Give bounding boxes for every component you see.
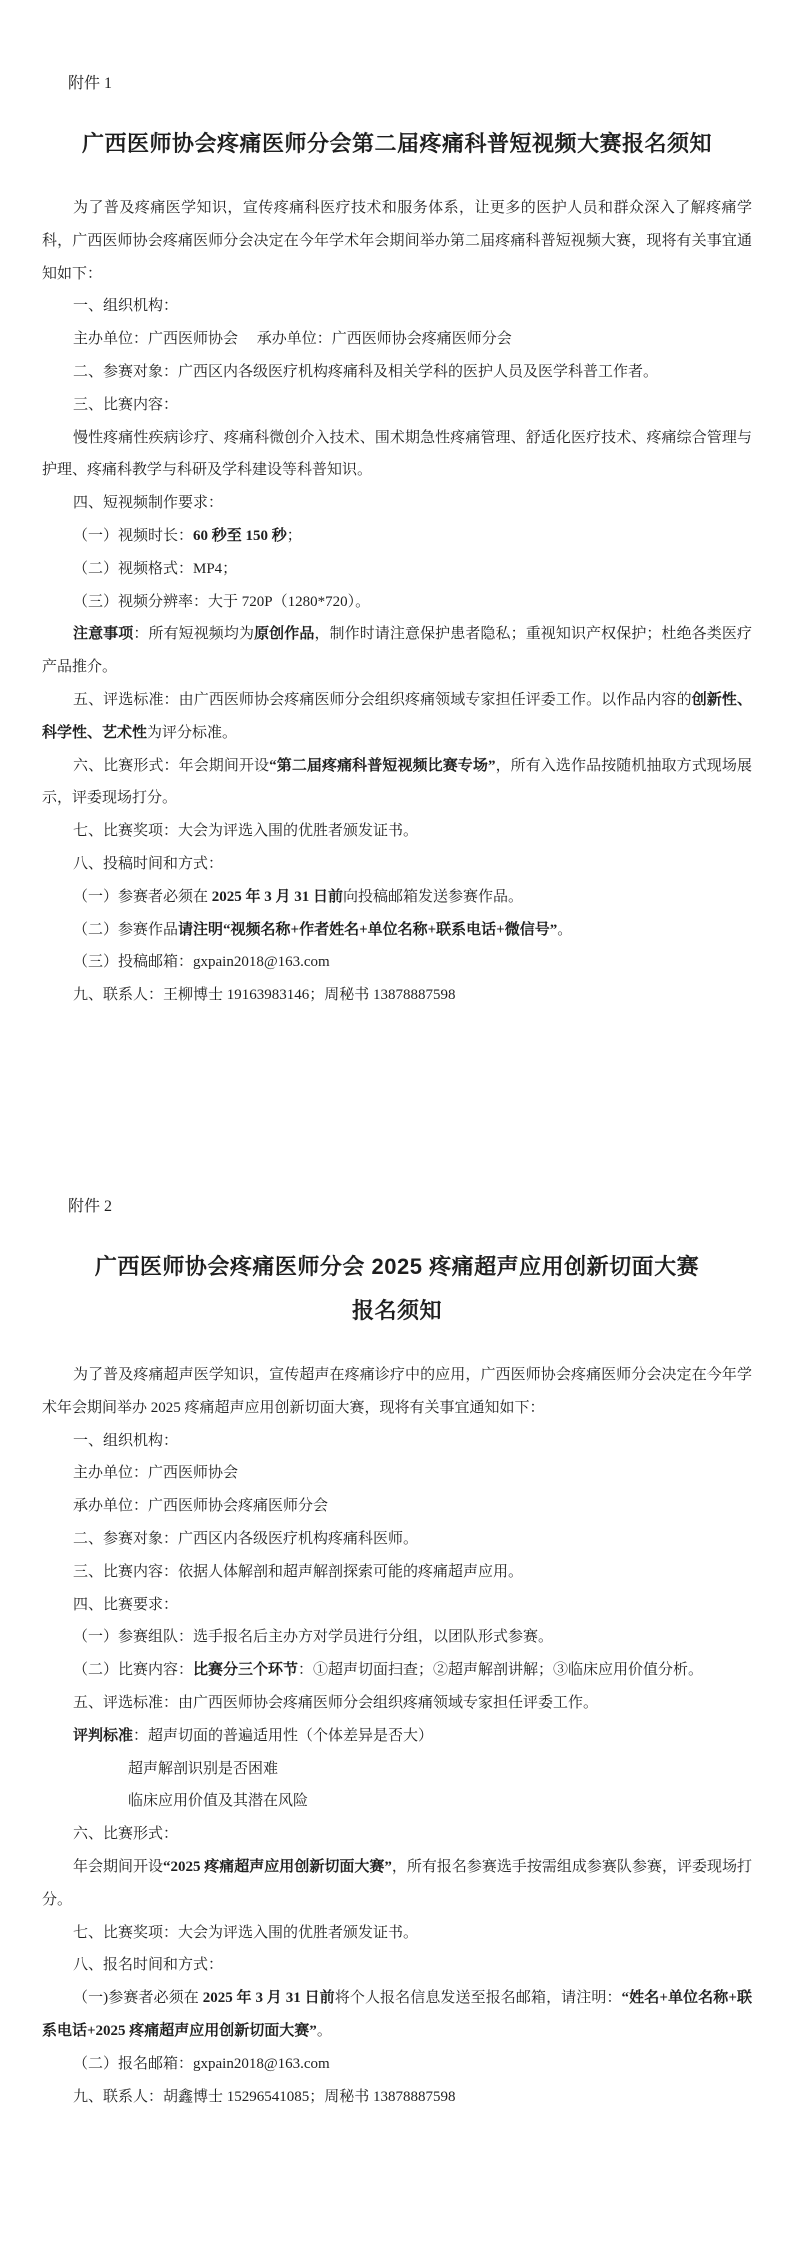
paragraph: 七、比赛奖项：大会为评选入围的优胜者颁发证书。 (42, 1917, 752, 1950)
text-run: 五、评选标准：由广西医师协会疼痛医师分会组织疼痛领域专家担任评委工作。 (73, 1695, 598, 1711)
doc-title-line: 广西医师协会疼痛医师分会第二届疼痛科普短视频大赛报名须知 (42, 122, 752, 166)
attachment-1-body: 为了普及疼痛医学知识，宣传疼痛科医疗技术和服务体系，让更多的医护人员和群众深入了… (42, 192, 752, 1012)
text-run: （三）视频分辨率：大于 720P（1280*720）。 (73, 594, 370, 610)
paragraph: 六、比赛形式：年会期间开设“第二届疼痛科普短视频比赛专场”，所有入选作品按随机抽… (42, 750, 752, 816)
doc-title-line: 广西医师协会疼痛医师分会 2025 疼痛超声应用创新切面大赛 (42, 1245, 752, 1289)
paragraph: （二）报名邮箱：gxpain2018@163.com (42, 2048, 752, 2081)
text-run: （三）投稿邮箱：gxpain2018@163.com (73, 954, 330, 970)
paragraph: 注意事项：所有短视频均为原创作品，制作时请注意保护患者隐私；重视知识产权保护；杜… (42, 618, 752, 684)
paragraph: 超声解剖识别是否困难 (42, 1753, 752, 1786)
bold-text-run: “第二届疼痛科普短视频比赛专场” (269, 758, 495, 774)
paragraph: 为了普及疼痛医学知识，宣传疼痛科医疗技术和服务体系，让更多的医护人员和群众深入了… (42, 192, 752, 290)
paragraph: 八、报名时间和方式： (42, 1949, 752, 1982)
paragraph: （三）投稿邮箱：gxpain2018@163.com (42, 946, 752, 979)
paragraph: 二、参赛对象：广西区内各级医疗机构疼痛科及相关学科的医护人员及医学科普工作者。 (42, 356, 752, 389)
text-run: 年会期间开设 (73, 1859, 163, 1875)
text-run: ：超声切面的普遍适用性（个体差异是否大） (133, 1728, 433, 1744)
attachment-1-label: 附件 1 (42, 73, 752, 94)
doc-title-line: 报名须知 (42, 1289, 752, 1333)
paragraph: 临床应用价值及其潜在风险 (42, 1785, 752, 1818)
text-run: （一）视频时长： (73, 528, 193, 544)
text-run: 八、投稿时间和方式： (73, 856, 223, 872)
text-run: ：所有短视频均为 (133, 626, 254, 642)
bold-text-run: 2025 年 3 月 31 日前 (212, 889, 343, 905)
attachment-2-title: 广西医师协会疼痛医师分会 2025 疼痛超声应用创新切面大赛报名须知 (42, 1245, 752, 1333)
paragraph: 慢性疼痛性疾病诊疗、疼痛科微创介入技术、围术期急性疼痛管理、舒适化医疗技术、疼痛… (42, 422, 752, 488)
paragraph: 承办单位：广西医师协会疼痛医师分会 (42, 1490, 752, 1523)
bold-text-run: 注意事项 (73, 626, 133, 642)
text-run: 七、比赛奖项：大会为评选入围的优胜者颁发证书。 (73, 1925, 418, 1941)
text-run: 五、评选标准：由广西医师协会疼痛医师分会组织疼痛领域专家担任评委工作。以作品内容… (73, 692, 692, 708)
paragraph: 五、评选标准：由广西医师协会疼痛医师分会组织疼痛领域专家担任评委工作。 (42, 1687, 752, 1720)
text-run: 三、比赛内容： (73, 397, 178, 413)
text-run: 三、比赛内容：依据人体解剖和超声解剖探索可能的疼痛超声应用。 (73, 1564, 523, 1580)
text-run: ； (287, 528, 302, 544)
text-run: ：①超声切面扫查；②超声解剖讲解；③临床应用价值分析。 (298, 1662, 703, 1678)
paragraph: 七、比赛奖项：大会为评选入围的优胜者颁发证书。 (42, 815, 752, 848)
paragraph: （一）视频时长：60 秒至 150 秒； (42, 520, 752, 553)
bold-text-run: 60 秒至 150 秒 (193, 528, 287, 544)
paragraph: （一)参赛者必须在 2025 年 3 月 31 日前将个人报名信息发送至报名邮箱… (42, 1982, 752, 2048)
paragraph: 四、短视频制作要求： (42, 487, 752, 520)
paragraph: （一）参赛者必须在 2025 年 3 月 31 日前向投稿邮箱发送参赛作品。 (42, 881, 752, 914)
paragraph: 三、比赛内容： (42, 389, 752, 422)
text-run: 主办单位：广西医师协会 (73, 1465, 238, 1481)
paragraph: 一、组织机构： (42, 1425, 752, 1458)
text-run: 四、比赛要求： (73, 1597, 178, 1613)
paragraph: 一、组织机构： (42, 290, 752, 323)
text-run: 六、比赛形式： (73, 1826, 178, 1842)
text-run: 为了普及疼痛超声医学知识，宣传超声在疼痛诊疗中的应用，广西医师协会疼痛医师分会决… (42, 1367, 752, 1416)
text-run: 二、参赛对象：广西区内各级医疗机构疼痛科医师。 (73, 1531, 418, 1547)
text-run: 。 (557, 922, 572, 938)
paragraph: 主办单位：广西医师协会 承办单位：广西医师协会疼痛医师分会 (42, 323, 752, 356)
text-run: 将个人报名信息发送至报名邮箱，请注明： (335, 1990, 622, 2006)
bold-text-run: 原创作品 (254, 626, 314, 642)
paragraph: 年会期间开设“2025 疼痛超声应用创新切面大赛”，所有报名参赛选手按需组成参赛… (42, 1851, 752, 1917)
paragraph: 为了普及疼痛超声医学知识，宣传超声在疼痛诊疗中的应用，广西医师协会疼痛医师分会决… (42, 1359, 752, 1425)
page-2: 附件 2 广西医师协会疼痛医师分会 2025 疼痛超声应用创新切面大赛报名须知 … (0, 1123, 794, 2246)
text-run: 慢性疼痛性疾病诊疗、疼痛科微创介入技术、围术期急性疼痛管理、舒适化医疗技术、疼痛… (42, 430, 752, 479)
bold-text-run: “2025 疼痛超声应用创新切面大赛” (163, 1859, 392, 1875)
bold-text-run: 2025 年 3 月 31 日前 (203, 1990, 335, 2006)
paragraph: 评判标准：超声切面的普遍适用性（个体差异是否大） (42, 1720, 752, 1753)
paragraph: 八、投稿时间和方式： (42, 848, 752, 881)
text-run: 九、联系人：王柳博士 19163983146；周秘书 13878887598 (73, 987, 456, 1003)
text-run: 为评分标准。 (147, 725, 237, 741)
paragraph: 五、评选标准：由广西医师协会疼痛医师分会组织疼痛领域专家担任评委工作。以作品内容… (42, 684, 752, 750)
paragraph: 主办单位：广西医师协会 (42, 1457, 752, 1490)
text-run: 九、联系人：胡鑫博士 15296541085；周秘书 13878887598 (73, 2089, 456, 2105)
text-run: （一）参赛组队：选手报名后主办方对学员进行分组，以团队形式参赛。 (73, 1629, 553, 1645)
paragraph: （二）比赛内容：比赛分三个环节：①超声切面扫查；②超声解剖讲解；③临床应用价值分… (42, 1654, 752, 1687)
paragraph: 四、比赛要求： (42, 1589, 752, 1622)
page-1: 附件 1 广西医师协会疼痛医师分会第二届疼痛科普短视频大赛报名须知 为了普及疼痛… (0, 0, 794, 1123)
paragraph: 三、比赛内容：依据人体解剖和超声解剖探索可能的疼痛超声应用。 (42, 1556, 752, 1589)
text-run: （二）视频格式：MP4； (73, 561, 237, 577)
bold-text-run: 比赛分三个环节 (193, 1662, 298, 1678)
text-run: （一)参赛者必须在 (73, 1990, 203, 2006)
attachment-2-label: 附件 2 (42, 1196, 752, 1217)
text-run: （二）参赛作品 (73, 922, 178, 938)
paragraph: 九、联系人：胡鑫博士 15296541085；周秘书 13878887598 (42, 2081, 752, 2114)
text-run: （二）比赛内容： (73, 1662, 193, 1678)
text-run: 向投稿邮箱发送参赛作品。 (343, 889, 523, 905)
text-run: 超声解剖识别是否困难 (128, 1761, 278, 1777)
paragraph: 二、参赛对象：广西区内各级医疗机构疼痛科医师。 (42, 1523, 752, 1556)
paragraph: （一）参赛组队：选手报名后主办方对学员进行分组，以团队形式参赛。 (42, 1621, 752, 1654)
text-run: 一、组织机构： (73, 298, 178, 314)
paragraph: （三）视频分辨率：大于 720P（1280*720）。 (42, 586, 752, 619)
text-run: 八、报名时间和方式： (73, 1957, 223, 1973)
text-run: 四、短视频制作要求： (73, 495, 223, 511)
attachment-1-title: 广西医师协会疼痛医师分会第二届疼痛科普短视频大赛报名须知 (42, 122, 752, 166)
text-run: 为了普及疼痛医学知识，宣传疼痛科医疗技术和服务体系，让更多的医护人员和群众深入了… (42, 200, 752, 282)
text-run: 一、组织机构： (73, 1433, 178, 1449)
text-run: 六、比赛形式：年会期间开设 (73, 758, 269, 774)
text-run: 七、比赛奖项：大会为评选入围的优胜者颁发证书。 (73, 823, 418, 839)
text-run: （二）报名邮箱：gxpain2018@163.com (73, 2056, 330, 2072)
paragraph: （二）参赛作品请注明“视频名称+作者姓名+单位名称+联系电话+微信号”。 (42, 914, 752, 947)
text-run: 主办单位：广西医师协会 承办单位：广西医师协会疼痛医师分会 (73, 331, 512, 347)
paragraph: （二）视频格式：MP4； (42, 553, 752, 586)
attachment-2-body: 为了普及疼痛超声医学知识，宣传超声在疼痛诊疗中的应用，广西医师协会疼痛医师分会决… (42, 1359, 752, 2113)
paragraph: 九、联系人：王柳博士 19163983146；周秘书 13878887598 (42, 979, 752, 1012)
bold-text-run: 请注明“视频名称+作者姓名+单位名称+联系电话+微信号” (178, 922, 557, 938)
text-run: 承办单位：广西医师协会疼痛医师分会 (73, 1498, 328, 1514)
text-run: 。 (317, 2023, 332, 2039)
text-run: 临床应用价值及其潜在风险 (128, 1793, 308, 1809)
bold-text-run: 评判标准 (73, 1728, 133, 1744)
text-run: （一）参赛者必须在 (73, 889, 212, 905)
paragraph: 六、比赛形式： (42, 1818, 752, 1851)
text-run: 二、参赛对象：广西区内各级医疗机构疼痛科及相关学科的医护人员及医学科普工作者。 (73, 364, 658, 380)
